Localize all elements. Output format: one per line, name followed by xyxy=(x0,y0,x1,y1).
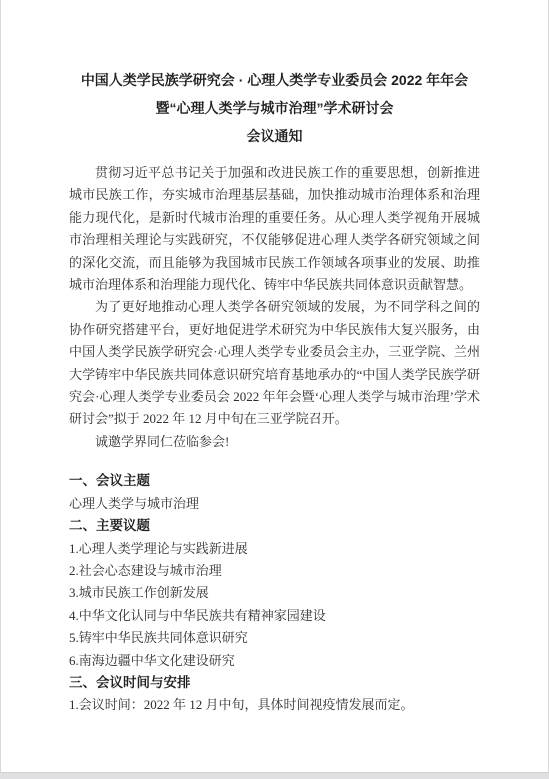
document-viewer: { "document": { "title_lines": [ "中国人类学民… xyxy=(0,0,549,779)
document-page: 中国人类学民族学研究会 · 心理人类学专业委员会 2022 年年会 暨“心理人类… xyxy=(0,0,549,772)
doc-title-line-1: 中国人类学民族学研究会 · 心理人类学专业委员会 2022 年年会 xyxy=(69,66,480,94)
topic-item-6: 6.南海边疆中华文化建设研究 xyxy=(69,650,480,672)
meeting-time-text: 1.会议时间：2022 年 12 月中旬，具体时间视疫情发展而定。 xyxy=(69,694,480,716)
paragraph-organizers: 为了更好地推动心理人类学各研究领域的发展，为不同学科之间的协作研究搭建平台，更好… xyxy=(69,296,480,430)
document-title-block: 中国人类学民族学研究会 · 心理人类学专业委员会 2022 年年会 暨“心理人类… xyxy=(69,66,480,150)
topic-item-4: 4.中华文化认同与中华民族共有精神家园建设 xyxy=(69,605,480,627)
heading-time-arrangement: 三、会议时间与安排 xyxy=(69,672,480,694)
paragraph-background: 贯彻习近平总书记关于加强和改进民族工作的重要思想，创新推进城市民族工作，夯实城市… xyxy=(69,162,480,296)
doc-title-line-2: 暨“心理人类学与城市治理”学术研讨会 xyxy=(69,94,480,122)
topic-item-2: 2.社会心态建设与城市治理 xyxy=(69,560,480,582)
topic-item-5: 5.铸牢中华民族共同体意识研究 xyxy=(69,627,480,649)
doc-notice-title: 会议通知 xyxy=(69,122,480,150)
meeting-theme-text: 心理人类学与城市治理 xyxy=(69,493,480,515)
heading-meeting-theme: 一、会议主题 xyxy=(69,470,480,492)
topic-item-1: 1.心理人类学理论与实践新进展 xyxy=(69,538,480,560)
invitation-line: 诚邀学界同仁莅临参会! xyxy=(69,431,480,453)
topic-item-3: 3.城市民族工作创新发展 xyxy=(69,582,480,604)
document-body: 贯彻习近平总书记关于加强和改进民族工作的重要思想，创新推进城市民族工作，夯实城市… xyxy=(69,162,480,717)
sections-block: 一、会议主题 心理人类学与城市治理 二、主要议题 1.心理人类学理论与实践新进展… xyxy=(69,470,480,716)
heading-main-topics: 二、主要议题 xyxy=(69,515,480,537)
page-bottom-gutter xyxy=(0,772,549,779)
